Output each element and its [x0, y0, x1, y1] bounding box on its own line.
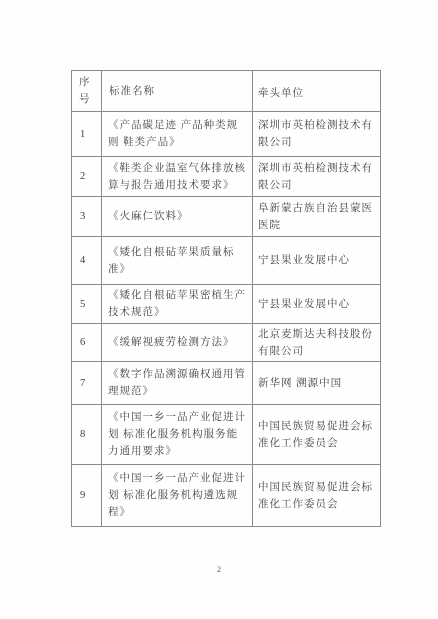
row-index: 9 — [72, 465, 102, 527]
table-row: 1《产品碳足迹 产品种类规则 鞋类产品》深圳市英柏检测技术有限公司 — [72, 112, 381, 157]
header-lead-unit: 牵头单位 — [253, 71, 381, 112]
standard-name: 《数字作品溯源确权通用管理规范》 — [102, 362, 253, 405]
row-index: 1 — [72, 112, 102, 157]
table-row: 5《矮化自根砧苹果密植生产技术规范》宁县果业发展中心 — [72, 285, 381, 324]
row-index: 3 — [72, 197, 102, 237]
table-row: 6《缓解视疲劳检测方法》北京麦斯达夫科技股份有限公司 — [72, 324, 381, 362]
standard-name: 《产品碳足迹 产品种类规则 鞋类产品》 — [102, 112, 253, 157]
standard-name: 《矮化自根砧苹果密植生产技术规范》 — [102, 285, 253, 324]
table-row: 7《数字作品溯源确权通用管理规范》新华网 溯源中国 — [72, 362, 381, 405]
standard-name: 《缓解视疲劳检测方法》 — [102, 324, 253, 362]
header-index: 序号 — [72, 71, 102, 112]
lead-unit: 中国民族贸易促进会标准化工作委员会 — [253, 465, 381, 527]
row-index: 6 — [72, 324, 102, 362]
header-standard-name: 标准名称 — [102, 71, 253, 112]
row-index: 4 — [72, 237, 102, 285]
table-row: 8《中国一乡一品产业促进计划 标准化服务机构服务能力通用要求》中国民族贸易促进会… — [72, 405, 381, 465]
table-row: 9《中国一乡一品产业促进计划 标准化服务机构遴选规程》中国民族贸易促进会标准化工… — [72, 465, 381, 527]
standards-table: 序号 标准名称 牵头单位 1《产品碳足迹 产品种类规则 鞋类产品》深圳市英柏检测… — [71, 70, 381, 527]
table-row: 2《鞋类企业温室气体排放核算与报告通用技术要求》深圳市英柏检测技术有限公司 — [72, 157, 381, 197]
standard-name: 《矮化自根砧苹果质量标准》 — [102, 237, 253, 285]
lead-unit: 宁县果业发展中心 — [253, 285, 381, 324]
lead-unit: 阜新蒙古族自治县蒙医医院 — [253, 197, 381, 237]
standard-name: 《中国一乡一品产业促进计划 标准化服务机构服务能力通用要求》 — [102, 405, 253, 465]
table-row: 4《矮化自根砧苹果质量标准》宁县果业发展中心 — [72, 237, 381, 285]
lead-unit: 深圳市英柏检测技术有限公司 — [253, 157, 381, 197]
document-page: 序号 标准名称 牵头单位 1《产品碳足迹 产品种类规则 鞋类产品》深圳市英柏检测… — [0, 0, 438, 619]
standard-name: 《火麻仁饮料》 — [102, 197, 253, 237]
lead-unit: 北京麦斯达夫科技股份有限公司 — [253, 324, 381, 362]
standard-name: 《中国一乡一品产业促进计划 标准化服务机构遴选规程》 — [102, 465, 253, 527]
row-index: 5 — [72, 285, 102, 324]
row-index: 7 — [72, 362, 102, 405]
row-index: 2 — [72, 157, 102, 197]
standard-name: 《鞋类企业温室气体排放核算与报告通用技术要求》 — [102, 157, 253, 197]
row-index: 8 — [72, 405, 102, 465]
lead-unit: 新华网 溯源中国 — [253, 362, 381, 405]
lead-unit: 宁县果业发展中心 — [253, 237, 381, 285]
page-number: 2 — [0, 565, 438, 574]
table-row: 3《火麻仁饮料》阜新蒙古族自治县蒙医医院 — [72, 197, 381, 237]
lead-unit: 中国民族贸易促进会标准化工作委员会 — [253, 405, 381, 465]
lead-unit: 深圳市英柏检测技术有限公司 — [253, 112, 381, 157]
table-header-row: 序号 标准名称 牵头单位 — [72, 71, 381, 112]
